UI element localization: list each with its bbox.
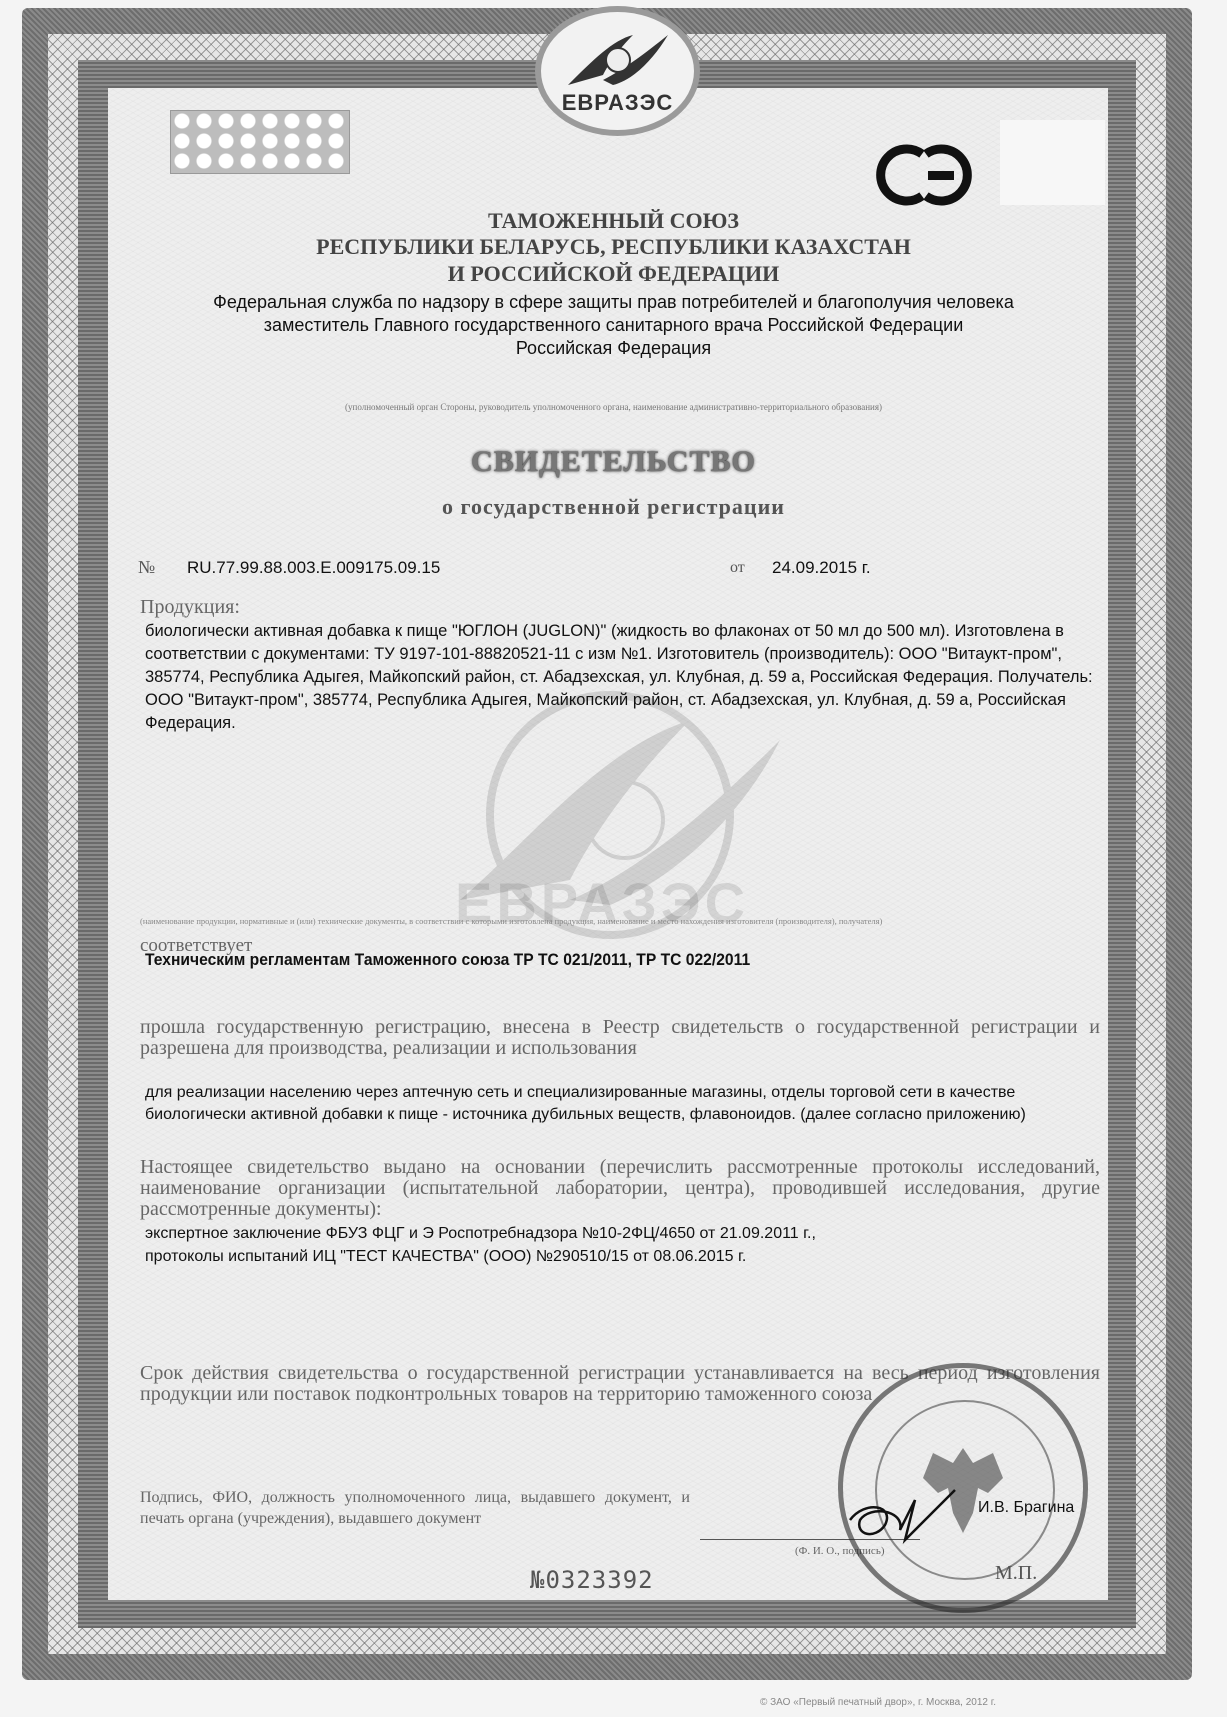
document-subtitle: о государственной регистрации bbox=[0, 494, 1227, 520]
stamp-place-label: М.П. bbox=[995, 1562, 1037, 1585]
printer-copyright: © ЗАО «Первый печатный двор», г. Москва,… bbox=[760, 1697, 996, 1708]
republics-heading-2: И РОССИЙСКОЙ ФЕДЕРАЦИИ bbox=[0, 261, 1227, 287]
handwritten-signature-icon bbox=[845, 1480, 965, 1550]
blank-box bbox=[1000, 120, 1105, 205]
serial-number: №0323392 bbox=[530, 1566, 654, 1594]
conformity-mark-icon bbox=[870, 140, 980, 215]
usage-description: для реализации населению через аптечную … bbox=[145, 1082, 1120, 1126]
republics-heading-1: РЕСПУБЛИКИ БЕЛАРУСЬ, РЕСПУБЛИКИ КАЗАХСТА… bbox=[0, 234, 1227, 260]
date-label: от bbox=[730, 559, 745, 577]
authority-line-3: Российская Федерация bbox=[0, 338, 1227, 359]
signer-name: И.В. Брагина bbox=[978, 1499, 1074, 1517]
product-label: Продукция: bbox=[140, 596, 240, 619]
authority-note: (уполномоченный орган Стороны, руководит… bbox=[0, 402, 1227, 412]
conformity-value: Техническим регламентам Таможенного союз… bbox=[145, 950, 750, 970]
basis-document-2: протоколы испытаний ИЦ "ТЕСТ КАЧЕСТВА" (… bbox=[145, 1245, 1120, 1268]
product-note: (наименование продукции, нормативные и (… bbox=[140, 916, 882, 926]
authority-line-2: заместитель Главного государственного са… bbox=[0, 315, 1227, 336]
certificate-date: 24.09.2015 г. bbox=[772, 558, 871, 578]
signature-caption: Подпись, ФИО, должность уполномоченного … bbox=[140, 1487, 690, 1529]
number-sign: № bbox=[138, 557, 155, 578]
product-description: биологически активная добавка к пище "ЮГ… bbox=[145, 620, 1120, 735]
basis-text: Настоящее свидетельство выдано на основа… bbox=[140, 1157, 1100, 1220]
document-title: СВИДЕТЕЛЬСТВО bbox=[0, 445, 1227, 479]
customs-union-heading: ТАМОЖЕННЫЙ СОЮЗ bbox=[0, 208, 1227, 234]
hologram-sticker bbox=[170, 110, 350, 174]
basis-document-1: экспертное заключение ФБУЗ ФЦГ и Э Роспо… bbox=[145, 1222, 1120, 1245]
emblem-label: ЕВРАЗЭС bbox=[541, 90, 694, 116]
eurasec-logo-icon: ЕВРАЗЭС bbox=[535, 6, 700, 136]
certificate-number: RU.77.99.88.003.E.009175.09.15 bbox=[187, 558, 440, 578]
basis-documents: экспертное заключение ФБУЗ ФЦГ и Э Роспо… bbox=[145, 1222, 1120, 1268]
authority-line-1: Федеральная служба по надзору в сфере за… bbox=[0, 292, 1227, 313]
registration-text: прошла государственную регистрацию, внес… bbox=[140, 1017, 1100, 1059]
